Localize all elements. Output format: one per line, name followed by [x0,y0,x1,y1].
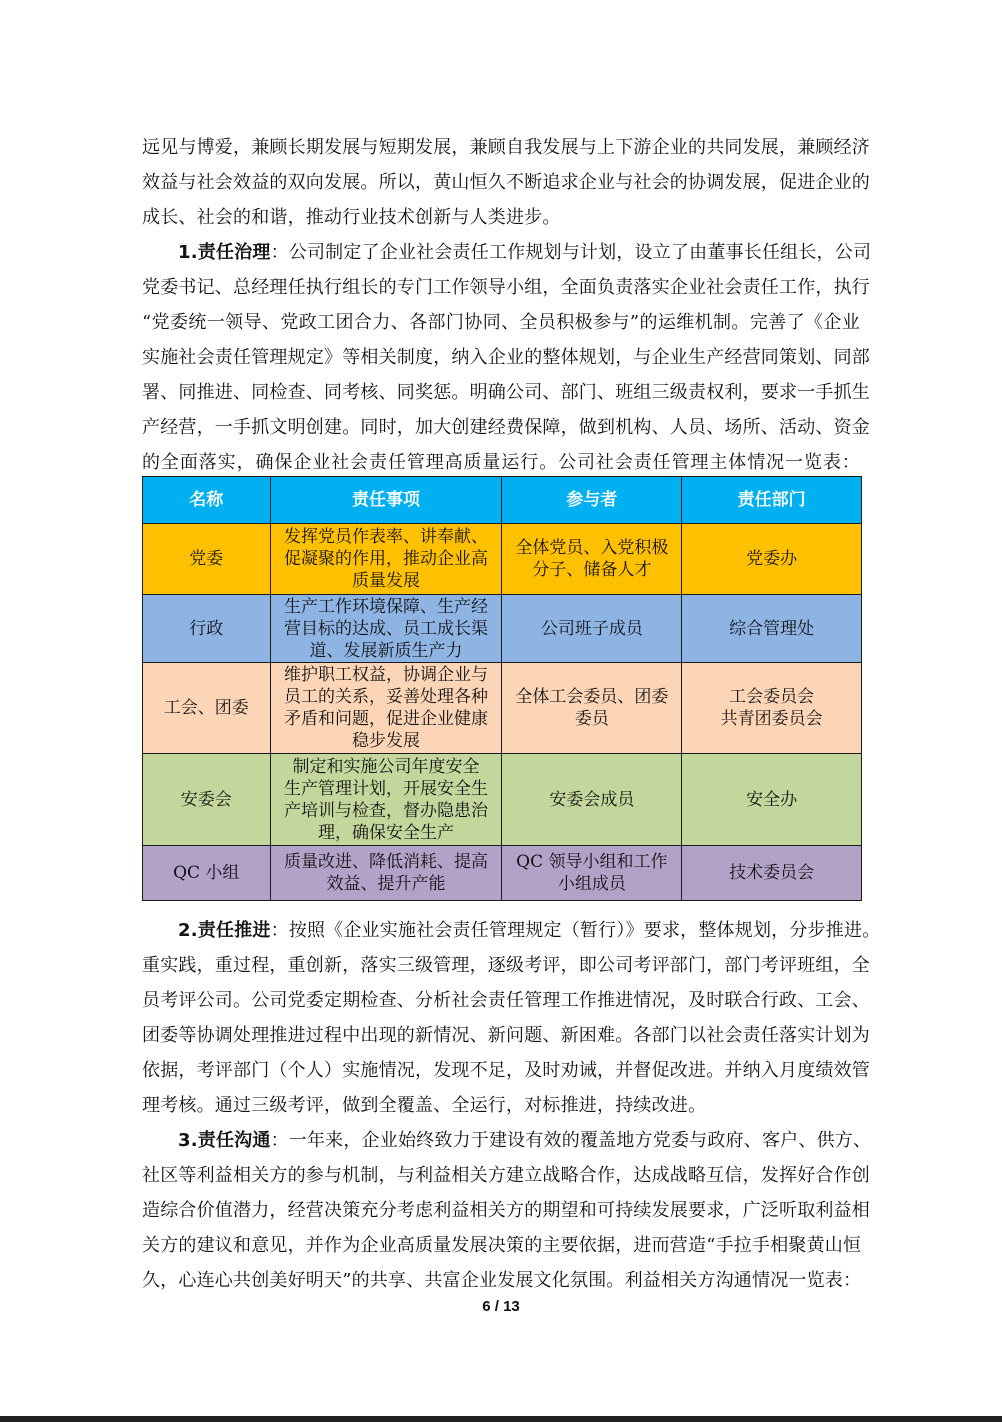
paragraph-line: 关方的建议和意见，并作为企业高质量发展决策的主要依据，进而营造“手拉手相聚黄山恒 [142,1236,860,1256]
document-page: 远见与博爱，兼顾长期发展与短期发展，兼顾自我发展与上下游企业的共同发展，兼顾经济… [0,0,1002,1416]
cell-department: 技术委员会 [682,846,862,901]
paragraph-line: 重实践，重过程，重创新，落实三级管理，逐级考评，即公司考评部门，部门考评班组，全 [142,956,860,976]
cell-name: 安委会 [143,754,271,846]
paragraph-line: “党委统一领导、党政工团合力、各部门协同、全员积极参与”的运维机制。完善了《企业 [142,313,860,333]
table-row: 党委 发挥党员作表率、讲奉献、 促凝聚的作用，推动企业高 质量发展 全体党员、入… [143,524,862,595]
page-bottom-edge [0,1416,1002,1422]
cell-name: QC 小组 [143,846,271,901]
cell-name: 党委 [143,524,271,595]
section-heading: 2.责任推进 [178,920,271,941]
cell-participants: 全体工会委员、团委 委员 [502,663,682,754]
column-header-participants: 参与者 [502,477,682,524]
cell-duty: 质量改进、降低消耗、提高 效益、提升产能 [270,846,502,901]
column-header-name: 名称 [143,477,271,524]
table-row: 安委会 制定和实施公司年度安全 生产管理计划，开展安全生 产培训与检查，督办隐患… [143,754,862,846]
paragraph-line: 成长、社会的和谐，推动行业技术创新与人类进步。 [142,208,860,228]
cell-participants: QC 领导小组和工作 小组成员 [502,846,682,901]
cell-name: 行政 [143,595,271,663]
paragraph-text: ：公司制定了企业社会责任工作规划与计划，设立了由董事长任组长，公司 [271,242,872,263]
paragraph-line: 产经营，一手抓文明创建。同时，加大创建经费保障，做到机构、人员、场所、活动、资金 [142,418,860,438]
cell-participants: 安委会成员 [502,754,682,846]
cell-participants: 全体党员、入党积极 分子、储备人才 [502,524,682,595]
paragraph-line: 社区等利益相关方的参与机制，与利益相关方建立战略合作，达成战略互信，发挥好合作创 [142,1166,860,1186]
column-header-duty: 责任事项 [270,477,502,524]
table-header-row: 名称 责任事项 参与者 责任部门 [143,477,862,524]
section-1-first-line: 1.责任治理：公司制定了企业社会责任工作规划与计划，设立了由董事长任组长，公司 [142,243,860,263]
paragraph-line: 理考核。通过三级考评，做到全覆盖、全运行，对标推进，持续改进。 [142,1096,860,1116]
section-2-first-line: 2.责任推进：按照《企业实施社会责任管理规定（暂行）》要求，整体规划，分步推进。 [142,921,860,941]
responsibility-table: 名称 责任事项 参与者 责任部门 党委 发挥党员作表率、讲奉献、 促凝聚的作用，… [142,476,862,901]
paragraph-line: 党委书记、总经理任执行组长的专门工作领导小组，全面负责落实企业社会责任工作，执行 [142,278,860,298]
cell-duty: 生产工作环境保障、生产经 营目标的达成、员工成长渠 道、发展新质生产力 [270,595,502,663]
paragraph-line: 团委等协调处理推进过程中出现的新情况、新问题、新困难。各部门以社会责任落实计划为 [142,1026,860,1046]
paragraph-line: 实施社会责任管理规定》等相关制度，纳入企业的整体规划，与企业生产经营同策划、同部 [142,348,860,368]
table-row: 工会、团委 维护职工权益，协调企业与 员工的关系，妥善处理各种 矛盾和问题，促进… [143,663,862,754]
paragraph-line: 署、同推进、同检查、同考核、同奖惩。明确公司、部门、班组三级责权利，要求一手抓生 [142,383,860,403]
cell-name: 工会、团委 [143,663,271,754]
paragraph-line: 依据，考评部门（个人）实施情况，发现不足，及时劝诫，并督促改进。并纳入月度绩效管 [142,1061,860,1081]
page-number: 6 / 13 [0,1298,1002,1315]
cell-department: 工会委员会 共青团委员会 [682,663,862,754]
cell-duty: 制定和实施公司年度安全 生产管理计划，开展安全生 产培训与检查，督办隐患治 理，… [270,754,502,846]
table-row: QC 小组 质量改进、降低消耗、提高 效益、提升产能 QC 领导小组和工作 小组… [143,846,862,901]
paragraph-line: 的全面落实，确保企业社会责任管理高质量运行。公司社会责任管理主体情况一览表： [142,453,860,473]
section-heading: 3.责任沟通 [178,1130,271,1151]
column-header-department: 责任部门 [682,477,862,524]
paragraph-line: 久，心连心共创美好明天”的共享、共富企业发展文化氛围。利益相关方沟通情况一览表： [142,1271,860,1291]
cell-duty: 发挥党员作表率、讲奉献、 促凝聚的作用，推动企业高 质量发展 [270,524,502,595]
section-heading: 1.责任治理 [178,242,271,263]
paragraph-line: 造综合价值潜力，经营决策充分考虑利益相关方的期望和可持续发展要求，广泛听取利益相 [142,1201,860,1221]
table-row: 行政 生产工作环境保障、生产经 营目标的达成、员工成长渠 道、发展新质生产力 公… [143,595,862,663]
paragraph-text: ：一年来，企业始终致力于建设有效的覆盖地方党委与政府、客户、供方、 [271,1130,872,1151]
cell-department: 党委办 [682,524,862,595]
paragraph-text: ：按照《企业实施社会责任管理规定（暂行）》要求，整体规划，分步推进。 [271,920,881,941]
cell-department: 安全办 [682,754,862,846]
paragraph-line: 员考评公司。公司党委定期检查、分析社会责任管理工作推进情况，及时联合行政、工会、 [142,991,860,1011]
cell-participants: 公司班子成员 [502,595,682,663]
paragraph-line: 远见与博爱，兼顾长期发展与短期发展，兼顾自我发展与上下游企业的共同发展，兼顾经济 [142,138,860,158]
paragraph-line: 效益与社会效益的双向发展。所以，黄山恒久不断追求企业与社会的协调发展，促进企业的 [142,173,860,193]
section-3-first-line: 3.责任沟通：一年来，企业始终致力于建设有效的覆盖地方党委与政府、客户、供方、 [142,1131,860,1151]
cell-department: 综合管理处 [682,595,862,663]
cell-duty: 维护职工权益，协调企业与 员工的关系，妥善处理各种 矛盾和问题，促进企业健康 稳… [270,663,502,754]
